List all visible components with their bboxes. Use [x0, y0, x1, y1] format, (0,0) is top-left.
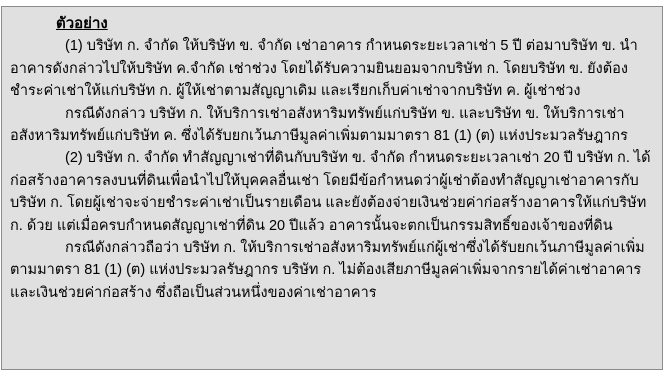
- paragraph-example-1-ruling: กรณีดังกล่าว บริษัท ก. ให้บริการเช่าอสัง…: [10, 103, 654, 148]
- document-panel: ตัวอย่าง (1) บริษัท ก. จำกัด ให้บริษัท ข…: [1, 6, 663, 370]
- document-title: ตัวอย่าง: [56, 13, 654, 35]
- paragraph-example-2-ruling: กรณีดังกล่าวถือว่า บริษัท ก. ให้บริการเช…: [10, 237, 654, 304]
- paragraph-example-2: (2) บริษัท ก. จำกัด ทำสัญญาเช่าที่ดินกับ…: [10, 147, 654, 237]
- paragraph-example-1: (1) บริษัท ก. จำกัด ให้บริษัท ข. จำกัด เ…: [10, 35, 654, 102]
